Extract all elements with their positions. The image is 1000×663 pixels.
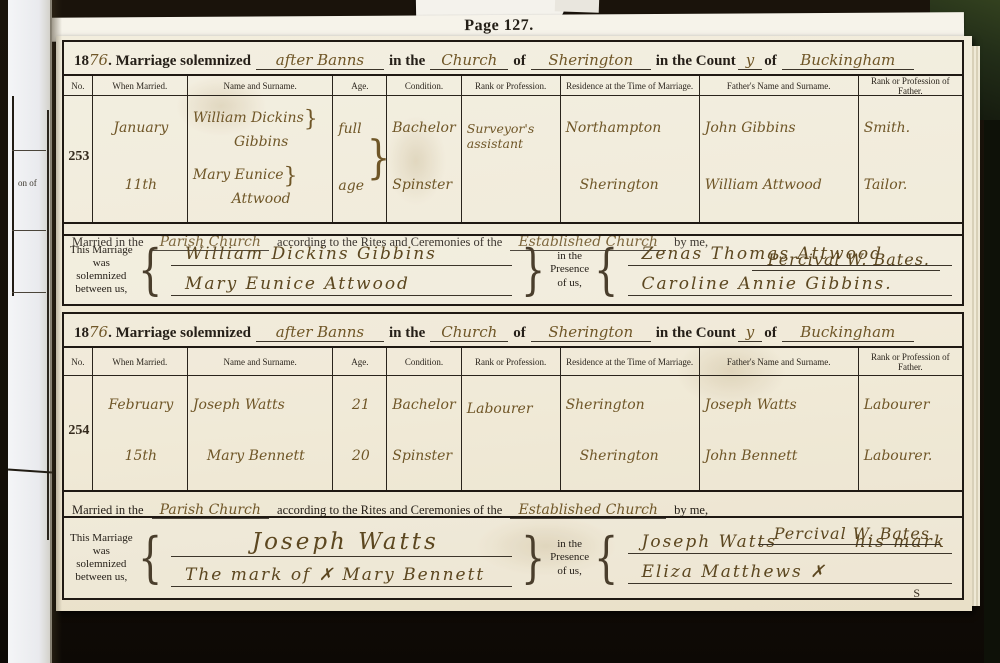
bride-father: William Attwood <box>705 177 855 195</box>
groom-residence: Northampton <box>566 120 696 138</box>
bride-father-rank: Tailor. <box>864 177 959 195</box>
solemnized-label: This Marriage was solemnized between us, <box>70 532 133 585</box>
previous-page-rule <box>12 230 46 231</box>
county-y: y <box>738 51 762 70</box>
col-header-age: Age. <box>333 348 386 376</box>
col-header-rank: Rank or Profession. <box>462 76 560 96</box>
year-handwritten: 76 <box>89 323 108 341</box>
col-header-father: Father's Name and Surname. <box>700 76 858 96</box>
groom-name: William Dickins <box>193 110 304 126</box>
brace-left: { <box>594 246 618 295</box>
bride-signature: The mark of ✗ Mary Bennett <box>171 565 512 587</box>
col-header-no: No. <box>64 348 92 376</box>
col-header-father-rank: Rank or Profession of Father. <box>859 348 962 376</box>
col-header-residence: Residence at the Time of Marriage. <box>561 76 699 96</box>
groom-condition: Bachelor <box>392 397 458 415</box>
church-entry: Church <box>430 51 508 70</box>
witness-2: Eliza Matthews ✗ <box>628 562 952 584</box>
groom-father: Joseph Watts <box>705 397 855 415</box>
col-header-residence: Residence at the Time of Marriage. <box>561 348 699 376</box>
of-label: of <box>764 53 777 70</box>
previous-page-border <box>47 110 49 540</box>
bride-condition: Spinster <box>392 177 458 195</box>
officiant-signature: Percival W. Bates. <box>752 250 940 271</box>
of-label: of <box>513 53 526 70</box>
bride-name: Mary Eunice <box>193 167 284 183</box>
church-entry: Church <box>430 323 508 342</box>
by-me-label: by me, <box>674 503 708 517</box>
book-gutter-shadow <box>50 0 62 663</box>
year-handwritten: 76 <box>89 51 108 69</box>
col-header-name: Name and Surname. <box>188 76 332 96</box>
groom-signature: William Dickins Gibbins <box>171 244 512 266</box>
brace-right: } <box>521 246 545 295</box>
officiant-signature: Percival W. Bates <box>758 524 940 545</box>
brace-right: } <box>521 534 545 583</box>
page-number: Page 127. <box>414 16 584 35</box>
groom-father-rank: Smith. <box>864 120 959 138</box>
col-header-condition: Condition. <box>387 76 461 96</box>
register-entry-254: 1876. Marriage solemnized after Banns in… <box>62 312 964 600</box>
presence-label: in the Presence of us, <box>550 538 589 578</box>
witness-2: Caroline Annie Gibbins. <box>628 274 952 296</box>
county-label: in the Count <box>656 53 736 70</box>
groom-age: 21 <box>338 397 383 415</box>
banns-entry: after Banns <box>256 323 384 342</box>
groom-surname: Gibbins <box>193 134 329 152</box>
bride-age: 20 <box>338 448 383 466</box>
groom-residence: Sherington <box>566 397 696 415</box>
brace: } <box>284 164 298 189</box>
county-entry: Buckingham <box>782 323 914 342</box>
when-married-month: February <box>98 397 184 415</box>
entry-number: 253 <box>68 149 89 165</box>
groom-father-rank: Labourer <box>864 397 959 415</box>
in-the-label: in the <box>389 325 425 342</box>
col-header-rank: Rank or Profession. <box>462 348 560 376</box>
previous-page-rule <box>12 150 46 151</box>
entry-title: 1876. Marriage solemnized after Banns in… <box>64 42 962 74</box>
brace: } <box>304 107 318 132</box>
when-married-day: 11th <box>98 177 184 195</box>
year-prefix: 18 <box>74 53 89 70</box>
of-label: of <box>513 325 526 342</box>
banns-entry: after Banns <box>256 51 384 70</box>
brace-left: { <box>138 534 162 583</box>
groom-age: full <box>338 121 364 137</box>
groom-rank: Surveyor's assistant <box>467 121 557 152</box>
entry-number: 254 <box>68 423 89 439</box>
register-page: 1876. Marriage solemnized after Banns in… <box>56 36 972 611</box>
signature-mark: S <box>913 586 920 601</box>
book-photo-background: Page 127. on of 1876. Marriage solemnize… <box>0 0 1000 663</box>
bride-surname: Attwood <box>193 191 329 209</box>
bookmark-ribbon-small <box>555 0 600 13</box>
col-header-when-married: When Married. <box>93 76 187 96</box>
groom-father: John Gibbins <box>705 120 855 138</box>
col-header-name: Name and Surname. <box>188 348 332 376</box>
previous-page-text-fragment: on of <box>18 178 37 188</box>
col-header-condition: Condition. <box>387 348 461 376</box>
previous-page-sliver: on of <box>8 0 52 663</box>
col-header-father-rank: Rank or Profession of Father. <box>859 76 962 96</box>
groom-rank: Labourer <box>467 401 557 419</box>
county-label: in the Count <box>656 325 736 342</box>
register-table: No. 253 When Married. January 11th Name … <box>64 74 962 224</box>
when-married-month: January <box>98 120 184 138</box>
previous-page-bottom-border <box>8 468 52 473</box>
county-entry: Buckingham <box>782 51 914 70</box>
of-label: of <box>764 325 777 342</box>
register-table: No. 254 When Married. February 15th Name… <box>64 346 962 492</box>
bride-residence: Sherington <box>566 177 696 195</box>
brace-left: { <box>594 534 618 583</box>
solemnized-label: This Marriage was solemnized between us, <box>70 244 133 297</box>
county-y: y <box>738 323 762 342</box>
col-header-age: Age. <box>333 76 386 96</box>
bride-father-rank: Labourer. <box>864 448 959 466</box>
bride-signature: Mary Eunice Attwood <box>171 274 512 296</box>
parish-entry: Sherington <box>531 51 651 70</box>
page-edges <box>972 46 980 606</box>
entry-title: 1876. Marriage solemnized after Banns in… <box>64 314 962 346</box>
marriage-solemnized-label: . Marriage solemnized <box>108 325 251 342</box>
in-the-label: in the <box>389 53 425 70</box>
age-brace: } <box>367 134 390 180</box>
parish-entry: Sherington <box>531 323 651 342</box>
groom-signature: Joseph Watts <box>171 529 512 557</box>
presence-label: in the Presence of us, <box>550 250 589 290</box>
marriage-solemnized-label: . Marriage solemnized <box>108 53 251 70</box>
groom-name: Joseph Watts <box>193 397 329 415</box>
bride-condition: Spinster <box>392 448 458 466</box>
bride-age: age <box>338 178 364 194</box>
bride-name: Mary Bennett <box>193 448 329 466</box>
col-header-father: Father's Name and Surname. <box>700 348 858 376</box>
bride-father: John Bennett <box>705 448 855 466</box>
groom-condition: Bachelor <box>392 120 458 138</box>
year-prefix: 18 <box>74 325 89 342</box>
rites-label: according to the Rites and Ceremonies of… <box>277 503 502 517</box>
previous-page-rule <box>12 292 46 293</box>
previous-page-border <box>12 96 14 296</box>
bride-residence: Sherington <box>566 448 696 466</box>
brace-left: { <box>138 246 162 295</box>
when-married-day: 15th <box>98 448 184 466</box>
col-header-no: No. <box>64 76 92 96</box>
married-in-label: Married in the <box>72 503 144 517</box>
register-entry-253: 1876. Marriage solemnized after Banns in… <box>62 40 964 306</box>
col-header-when-married: When Married. <box>93 348 187 376</box>
